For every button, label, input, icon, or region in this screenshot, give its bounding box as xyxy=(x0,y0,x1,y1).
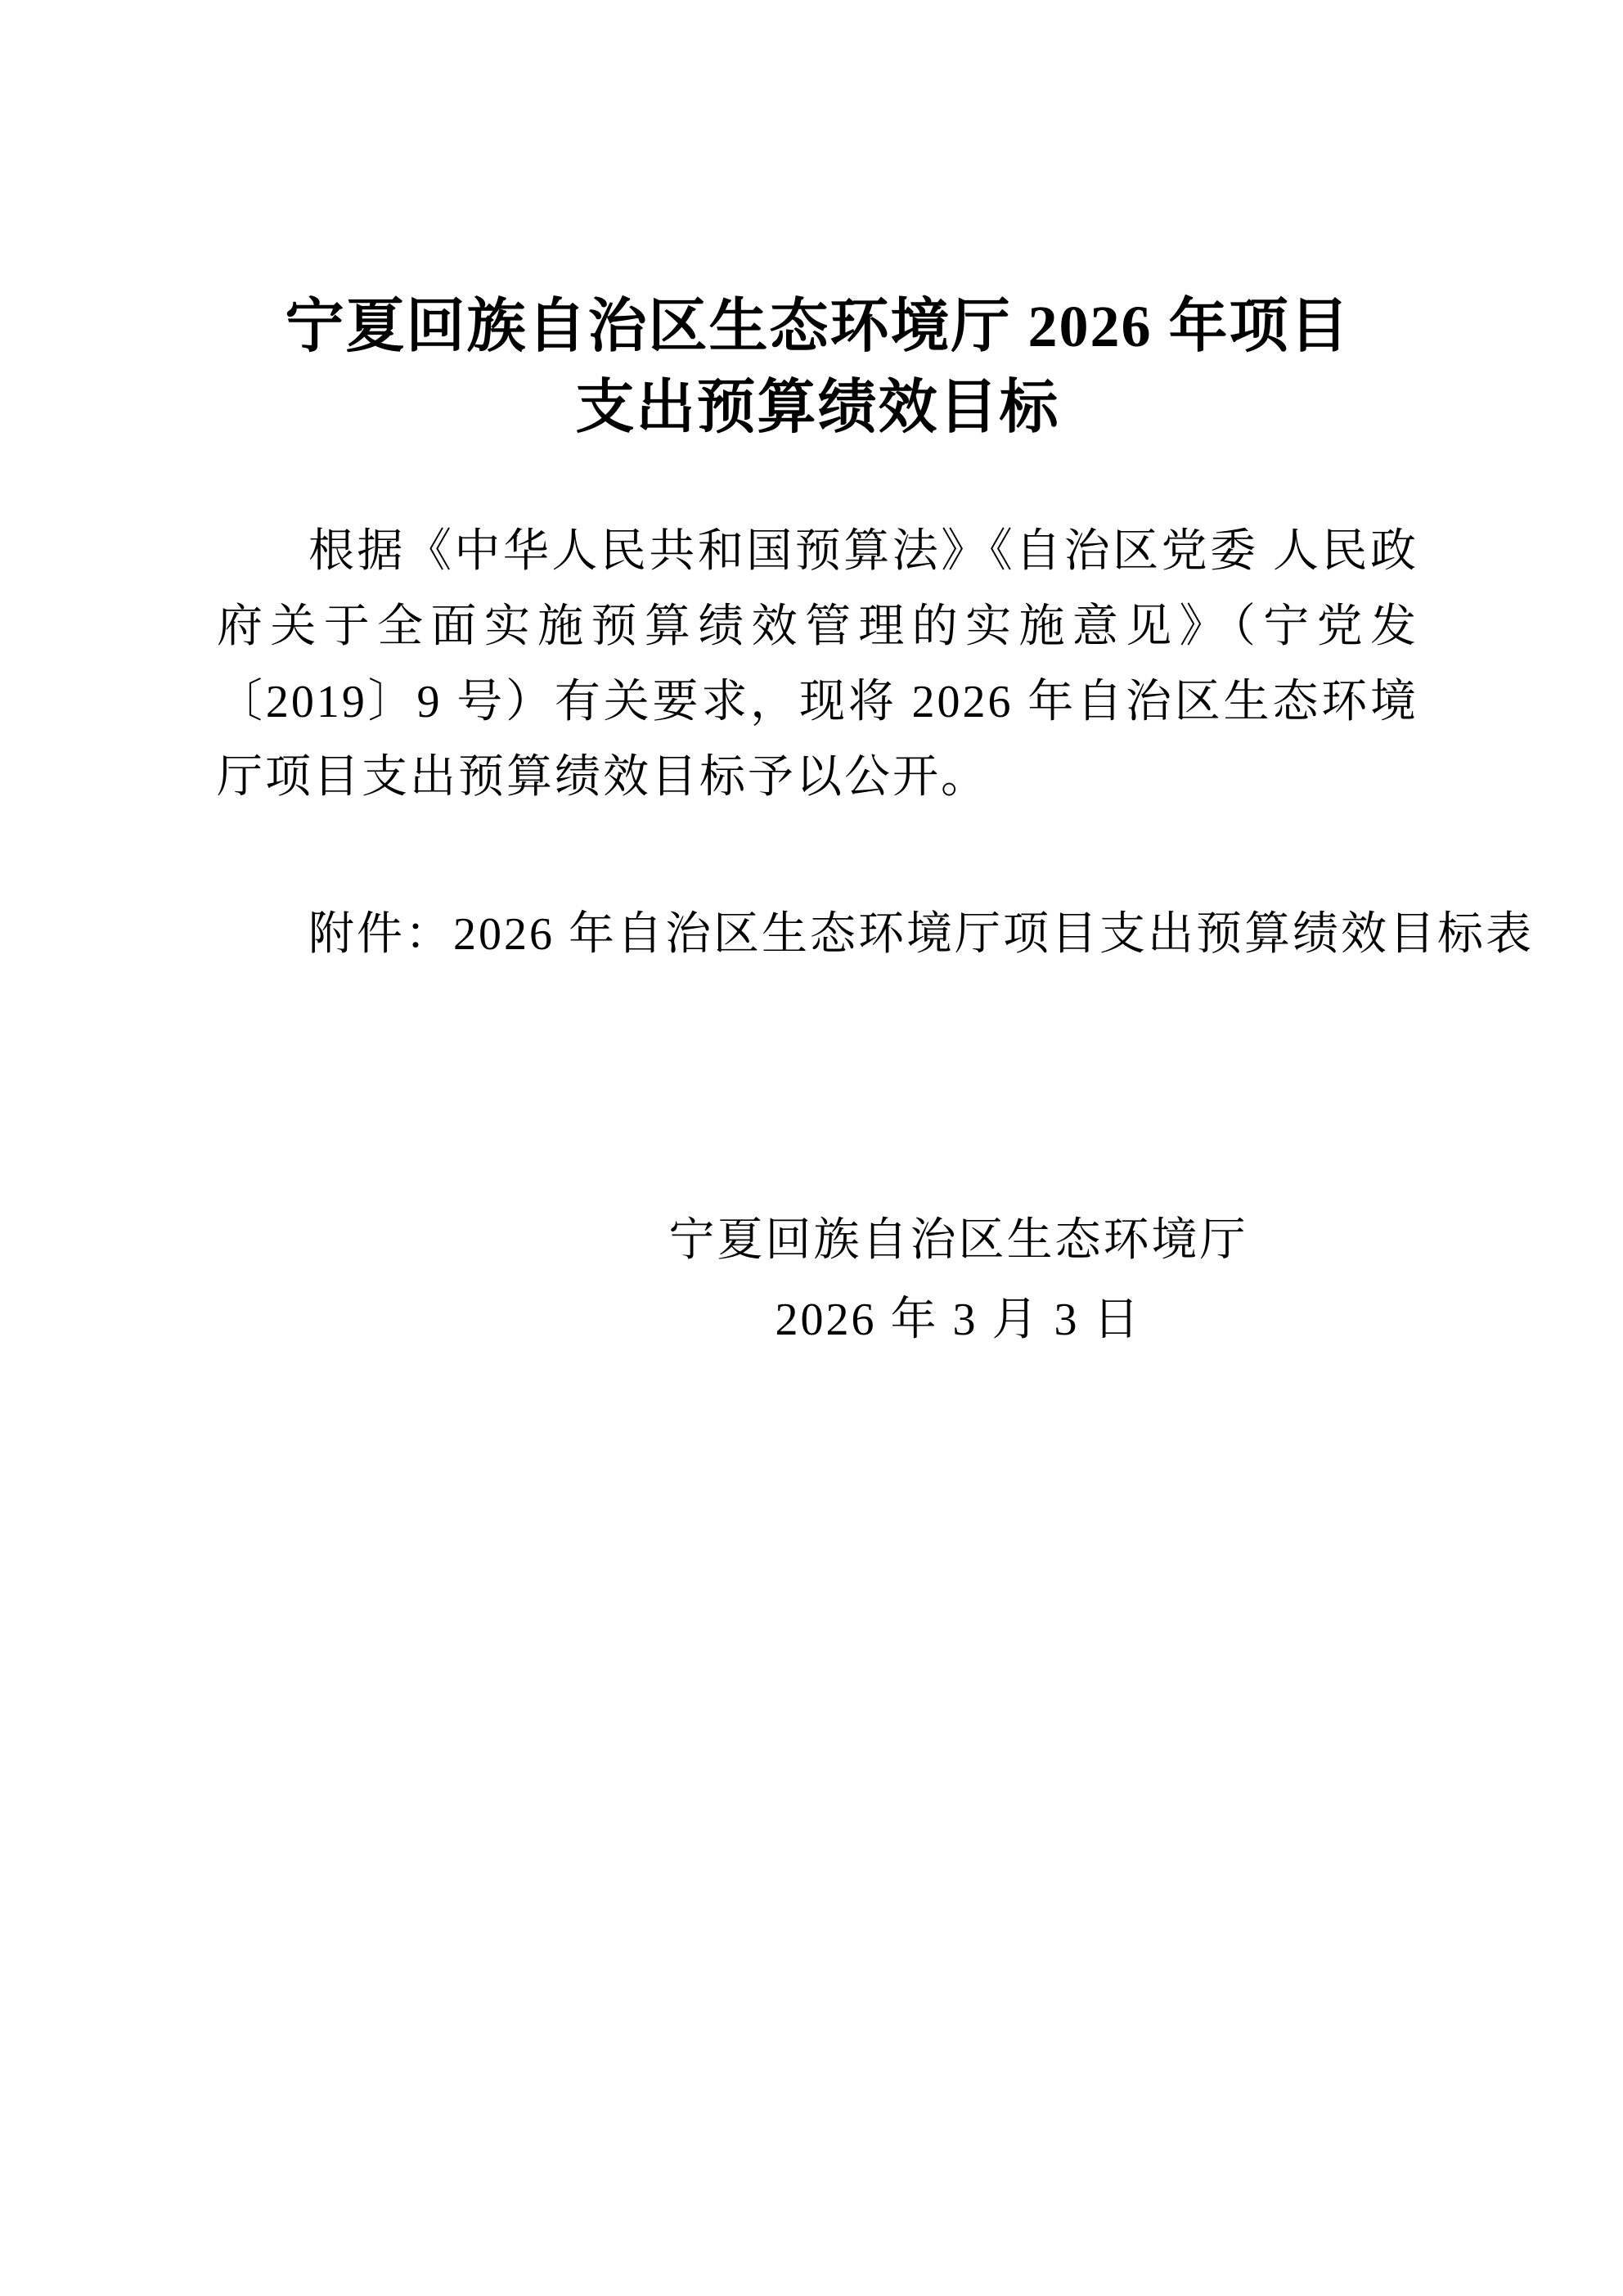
document-title: 宁夏回族自治区生态环境厅 2026 年项目 支出预算绩效目标 xyxy=(217,286,1418,448)
document-page: 宁夏回族自治区生态环境厅 2026 年项目 支出预算绩效目标 根据《中华人民共和… xyxy=(0,0,1623,2296)
signature-block: 宁夏回族自治区生态环境厅 2026 年 3 月 3 日 xyxy=(357,1201,1559,1360)
document-title-line-1: 宁夏回族自治区生态环境厅 2026 年项目 xyxy=(217,286,1418,367)
signature-date: 2026 年 3 月 3 日 xyxy=(357,1281,1559,1360)
body-paragraph: 根据《中华人民共和国预算法》《自治区党委 人民政府关于全面实施预算绩效管理的实施… xyxy=(217,514,1418,815)
signature-issuer: 宁夏回族自治区生态环境厅 xyxy=(357,1201,1559,1281)
attachment-line: 附件：2026 年自治区生态环境厅项目支出预算绩效目标表 xyxy=(217,897,1418,972)
document-title-line-2: 支出预算绩效目标 xyxy=(217,367,1418,448)
